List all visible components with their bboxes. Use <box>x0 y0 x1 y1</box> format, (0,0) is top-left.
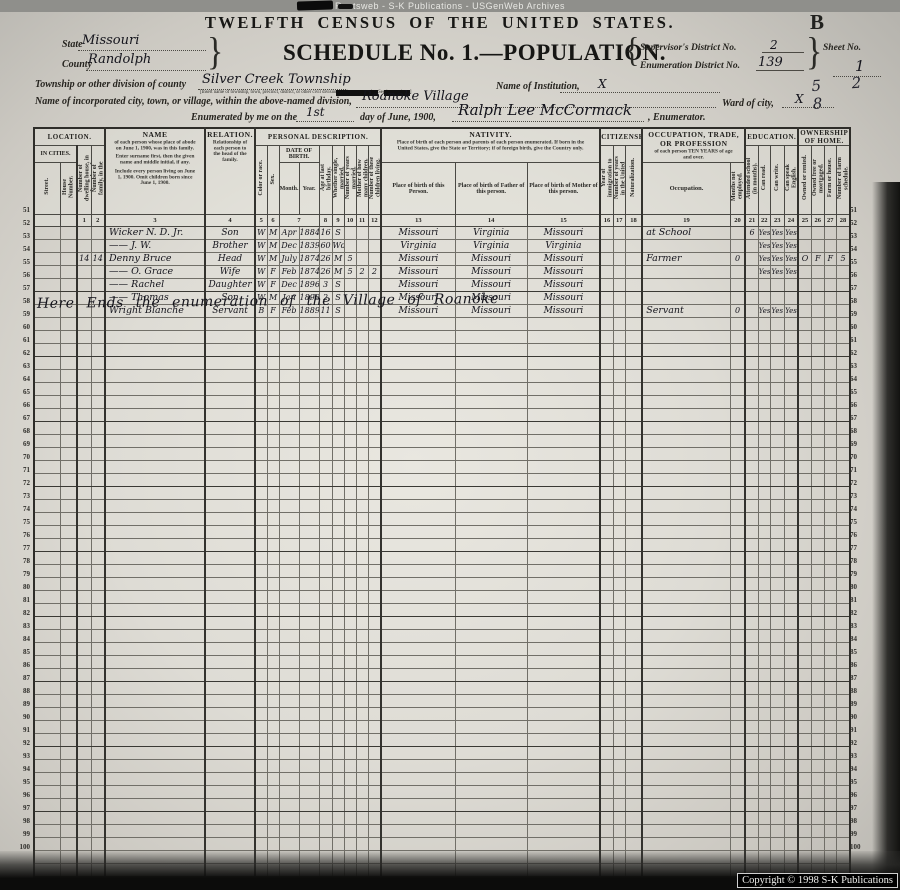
cell-write <box>770 370 784 383</box>
cell-occ: at School <box>642 227 730 240</box>
cell-read <box>758 461 770 474</box>
cell-imm <box>600 474 613 487</box>
column-number: 4 <box>205 215 255 227</box>
cell-marital <box>332 591 344 604</box>
line-number: 55 <box>14 256 30 269</box>
cell-sex <box>267 513 279 526</box>
cell-sched <box>836 682 850 695</box>
cell-free <box>811 474 824 487</box>
cell-house <box>60 487 77 500</box>
cell-owned <box>798 448 811 461</box>
cell-month <box>279 539 299 552</box>
cell-nat <box>625 266 642 279</box>
cell-sched <box>836 344 850 357</box>
table-row <box>34 591 850 604</box>
cell-ym <box>344 370 356 383</box>
cell-father <box>455 552 527 565</box>
column-speaks-english: Can speak English. <box>784 146 798 215</box>
cell-imm <box>600 552 613 565</box>
cell-occ <box>642 721 730 734</box>
cell-owned <box>798 578 811 591</box>
cell-owned <box>798 643 811 656</box>
cell-read <box>758 370 770 383</box>
cell-read <box>758 760 770 773</box>
cell-family <box>91 435 105 448</box>
cell-house <box>60 708 77 721</box>
cell-race <box>255 370 267 383</box>
line-number: 98 <box>14 815 30 828</box>
table-row <box>34 760 850 773</box>
cell-months <box>730 266 745 279</box>
cell-name <box>105 461 205 474</box>
cell-name <box>105 799 205 812</box>
cell-ym <box>344 487 356 500</box>
cell-yrs <box>613 396 625 409</box>
cell-family <box>91 344 105 357</box>
cell-nat <box>625 760 642 773</box>
cell-age <box>319 591 332 604</box>
cell-read <box>758 526 770 539</box>
cell-marital <box>332 552 344 565</box>
cell-street <box>34 331 60 344</box>
cell-year <box>299 786 319 799</box>
cell-english <box>784 838 798 851</box>
cell-mo <box>356 617 368 630</box>
handwritten-value: Missouri <box>382 253 455 265</box>
cell-occ: Servant <box>642 305 730 318</box>
cell-sched <box>836 552 850 565</box>
cell-year <box>299 604 319 617</box>
cell-school <box>745 539 758 552</box>
table-row <box>34 383 850 396</box>
cell-farm <box>824 409 836 422</box>
cell-father <box>455 812 527 825</box>
cell-birth <box>381 344 455 357</box>
cell-month <box>279 617 299 630</box>
cell-ym <box>344 604 356 617</box>
cell-name <box>105 669 205 682</box>
cell-dwelling <box>77 591 91 604</box>
cell-free <box>811 721 824 734</box>
line-number: 80 <box>14 581 30 594</box>
cell-sex: M <box>267 240 279 253</box>
cell-months <box>730 435 745 448</box>
census-page: Rootsweb - S-K Publications - USGenWeb A… <box>0 0 900 890</box>
table-row <box>34 474 850 487</box>
cell-dwelling <box>77 773 91 786</box>
cell-father <box>455 409 527 422</box>
cell-write <box>770 773 784 786</box>
cell-dwelling <box>77 409 91 422</box>
cell-read <box>758 708 770 721</box>
handwritten-value: Virginia <box>456 227 527 239</box>
line-numbers-left: 5152535455565758596061626364656667686970… <box>14 204 30 854</box>
column-number: 26 <box>811 215 824 227</box>
cell-relation <box>205 669 255 682</box>
column-label-vertical: Year of immigration to the United States… <box>601 155 613 201</box>
cell-occ <box>642 773 730 786</box>
column-number: 12 <box>368 215 381 227</box>
cell-mother <box>527 786 600 799</box>
line-number: 65 <box>14 386 30 399</box>
cell-months <box>730 227 745 240</box>
cell-name <box>105 487 205 500</box>
cell-nat <box>625 656 642 669</box>
cell-race <box>255 344 267 357</box>
cell-write <box>770 799 784 812</box>
cell-sched <box>836 487 850 500</box>
handwritten-value: Yes <box>759 253 770 265</box>
cell-street <box>34 617 60 630</box>
cell-mo <box>356 786 368 799</box>
table-row <box>34 409 850 422</box>
cell-nat <box>625 669 642 682</box>
cell-house <box>60 435 77 448</box>
cell-street <box>34 539 60 552</box>
cell-imm <box>600 747 613 760</box>
cell-occ <box>642 500 730 513</box>
cell-mo <box>356 825 368 838</box>
cell-nat <box>625 474 642 487</box>
cell-yrs <box>613 487 625 500</box>
cell-year <box>299 630 319 643</box>
cell-imm <box>600 825 613 838</box>
cell-mother <box>527 734 600 747</box>
cell-mother <box>527 656 600 669</box>
cell-relation <box>205 448 255 461</box>
cell-nat <box>625 825 642 838</box>
cell-relation <box>205 370 255 383</box>
cell-cl <box>368 357 381 370</box>
cell-mo <box>356 227 368 240</box>
cell-imm <box>600 370 613 383</box>
cell-cl <box>368 344 381 357</box>
cell-marital <box>332 617 344 630</box>
state-underline <box>78 49 206 51</box>
cell-ym: 5 <box>344 266 356 279</box>
cell-dwelling <box>77 825 91 838</box>
cell-age <box>319 474 332 487</box>
cell-read <box>758 825 770 838</box>
cell-owned <box>798 305 811 318</box>
cell-occ <box>642 695 730 708</box>
cell-read <box>758 682 770 695</box>
cell-months <box>730 318 745 331</box>
cell-father <box>455 526 527 539</box>
cell-mother <box>527 513 600 526</box>
cell-mo: 2 <box>356 266 368 279</box>
cell-owned <box>798 344 811 357</box>
cell-sex: F <box>267 266 279 279</box>
column-naturalization: Naturalization. <box>625 146 642 215</box>
cell-father <box>455 500 527 513</box>
cell-mo <box>356 422 368 435</box>
section-occupation: OCCUPATION, TRADE, OR PROFESSIONof each … <box>642 128 745 163</box>
cell-months <box>730 682 745 695</box>
cell-father <box>455 721 527 734</box>
cell-school <box>745 786 758 799</box>
line-number: 54 <box>850 243 866 256</box>
cell-year <box>299 695 319 708</box>
cell-yrs <box>613 461 625 474</box>
cell-write <box>770 396 784 409</box>
cell-nat <box>625 227 642 240</box>
line-number: 89 <box>14 698 30 711</box>
cell-school <box>745 825 758 838</box>
table-row <box>34 578 850 591</box>
cell-year: 1896 <box>299 279 319 292</box>
cell-read <box>758 513 770 526</box>
cell-sched <box>836 474 850 487</box>
cell-marital <box>332 487 344 500</box>
cell-ym <box>344 747 356 760</box>
cell-sched <box>836 279 850 292</box>
cell-farm <box>824 526 836 539</box>
cell-cl <box>368 682 381 695</box>
cell-yrs <box>613 279 625 292</box>
cell-sched <box>836 526 850 539</box>
cell-year <box>299 409 319 422</box>
cell-mother <box>527 682 600 695</box>
ward-label: Ward of city, <box>722 98 774 109</box>
cell-relation <box>205 396 255 409</box>
cell-house <box>60 617 77 630</box>
cell-street <box>34 578 60 591</box>
cell-imm <box>600 422 613 435</box>
cell-english <box>784 669 798 682</box>
cell-imm <box>600 240 613 253</box>
handwritten-value: 5 <box>345 266 356 278</box>
cell-write: Yes <box>770 227 784 240</box>
cell-relation <box>205 617 255 630</box>
cell-house <box>60 383 77 396</box>
handwritten-value: Yes <box>771 266 784 278</box>
cell-farm <box>824 344 836 357</box>
cell-name <box>105 773 205 786</box>
cell-nat <box>625 409 642 422</box>
cell-name <box>105 747 205 760</box>
line-number: 75 <box>14 516 30 529</box>
table-row <box>34 370 850 383</box>
cell-family <box>91 799 105 812</box>
cell-occ <box>642 344 730 357</box>
cell-free <box>811 227 824 240</box>
cell-months <box>730 747 745 760</box>
cell-father <box>455 786 527 799</box>
cell-dwelling <box>77 578 91 591</box>
cell-house <box>60 461 77 474</box>
cell-month <box>279 799 299 812</box>
cell-relation: Head <box>205 253 255 266</box>
cell-ym <box>344 539 356 552</box>
handwritten-value: 26 <box>320 253 332 265</box>
cell-year <box>299 669 319 682</box>
cell-cl <box>368 565 381 578</box>
cell-marital <box>332 708 344 721</box>
handwritten-value: Wife <box>206 266 254 278</box>
cell-age <box>319 487 332 500</box>
line-number: 68 <box>850 425 866 438</box>
cell-marital <box>332 760 344 773</box>
cell-race <box>255 578 267 591</box>
cell-school <box>745 656 758 669</box>
cell-occ <box>642 708 730 721</box>
line-number: 51 <box>850 204 866 217</box>
cell-marital: M <box>332 266 344 279</box>
handwritten-value: Yes <box>759 227 770 239</box>
cell-street <box>34 747 60 760</box>
line-number: 78 <box>850 555 866 568</box>
line-number: 96 <box>850 789 866 802</box>
line-number: 95 <box>850 776 866 789</box>
cell-year <box>299 448 319 461</box>
cell-write <box>770 760 784 773</box>
cell-school <box>745 383 758 396</box>
column-label-vertical: Farm or house. <box>827 158 833 197</box>
cell-school <box>745 604 758 617</box>
cell-write <box>770 604 784 617</box>
cell-occ <box>642 604 730 617</box>
cell-marital <box>332 643 344 656</box>
cell-street <box>34 682 60 695</box>
line-number: 69 <box>850 438 866 451</box>
cell-sched <box>836 448 850 461</box>
cell-months <box>730 799 745 812</box>
cell-family <box>91 266 105 279</box>
cell-house <box>60 669 77 682</box>
cell-nat <box>625 253 642 266</box>
column-number: 3 <box>105 215 205 227</box>
cell-months <box>730 734 745 747</box>
cell-nat <box>625 734 642 747</box>
cell-owned <box>798 760 811 773</box>
cell-name <box>105 435 205 448</box>
cell-marital <box>332 448 344 461</box>
cell-read <box>758 435 770 448</box>
cell-birth <box>381 331 455 344</box>
cell-mother: Missouri <box>527 266 600 279</box>
cell-occ <box>642 656 730 669</box>
cell-sched <box>836 604 850 617</box>
cell-nat <box>625 786 642 799</box>
cell-sched <box>836 513 850 526</box>
district-brace-close: } <box>806 33 822 72</box>
cell-street <box>34 591 60 604</box>
cell-name <box>105 552 205 565</box>
cell-dwelling <box>77 721 91 734</box>
cell-age <box>319 604 332 617</box>
cell-sched <box>836 617 850 630</box>
cell-name <box>105 422 205 435</box>
cell-free <box>811 487 824 500</box>
cell-school <box>745 682 758 695</box>
cell-write: Yes <box>770 305 784 318</box>
cell-ym <box>344 669 356 682</box>
line-number: 74 <box>850 503 866 516</box>
cell-months: 0 <box>730 253 745 266</box>
cell-sched: 5 <box>836 253 850 266</box>
cell-dwelling <box>77 552 91 565</box>
cell-age <box>319 721 332 734</box>
cell-sched <box>836 240 850 253</box>
column-years-married: Number of years married. <box>344 146 356 215</box>
cell-relation <box>205 318 255 331</box>
table-row <box>34 604 850 617</box>
handwritten-value: Head <box>206 253 254 265</box>
cell-year <box>299 825 319 838</box>
cell-relation <box>205 552 255 565</box>
column-mother-of-children: Mother of how many children. <box>356 146 368 215</box>
column-number: 9 <box>332 215 344 227</box>
cell-sched <box>836 812 850 825</box>
cell-imm <box>600 331 613 344</box>
cell-english <box>784 591 798 604</box>
cell-english <box>784 734 798 747</box>
cell-write <box>770 448 784 461</box>
cell-owned <box>798 370 811 383</box>
cell-dwelling <box>77 383 91 396</box>
line-number: 99 <box>850 828 866 841</box>
cell-imm <box>600 604 613 617</box>
cell-owned <box>798 656 811 669</box>
cell-birth <box>381 734 455 747</box>
cell-months <box>730 279 745 292</box>
cell-imm <box>600 318 613 331</box>
cell-relation <box>205 331 255 344</box>
cell-yrs <box>613 799 625 812</box>
cell-family <box>91 552 105 565</box>
line-number: 97 <box>14 802 30 815</box>
cell-house <box>60 747 77 760</box>
cell-school <box>745 344 758 357</box>
institution-underline <box>560 91 720 93</box>
cell-mother <box>527 708 600 721</box>
column-family-number: Number of family, in the order of visita… <box>91 146 105 215</box>
cell-sched <box>836 760 850 773</box>
cell-ym <box>344 708 356 721</box>
cell-house <box>60 578 77 591</box>
cell-owned <box>798 331 811 344</box>
cell-ym <box>344 838 356 851</box>
cell-read <box>758 396 770 409</box>
cell-relation <box>205 825 255 838</box>
cell-name <box>105 578 205 591</box>
cell-family <box>91 617 105 630</box>
cell-months <box>730 721 745 734</box>
cell-marital <box>332 578 344 591</box>
cell-owned <box>798 708 811 721</box>
cell-free <box>811 396 824 409</box>
cell-ym <box>344 240 356 253</box>
cell-month <box>279 578 299 591</box>
cell-sex <box>267 487 279 500</box>
column-race: Color or race. <box>255 146 267 215</box>
handwritten-value: Virginia <box>456 240 527 252</box>
cell-name <box>105 643 205 656</box>
cell-house <box>60 786 77 799</box>
table-row <box>34 669 850 682</box>
cell-family <box>91 773 105 786</box>
cell-name <box>105 396 205 409</box>
cell-father <box>455 474 527 487</box>
cell-sched <box>836 357 850 370</box>
cell-birth <box>381 617 455 630</box>
cell-cl <box>368 747 381 760</box>
cell-farm <box>824 734 836 747</box>
cell-months <box>730 708 745 721</box>
cell-marital <box>332 721 344 734</box>
cell-occ <box>642 526 730 539</box>
